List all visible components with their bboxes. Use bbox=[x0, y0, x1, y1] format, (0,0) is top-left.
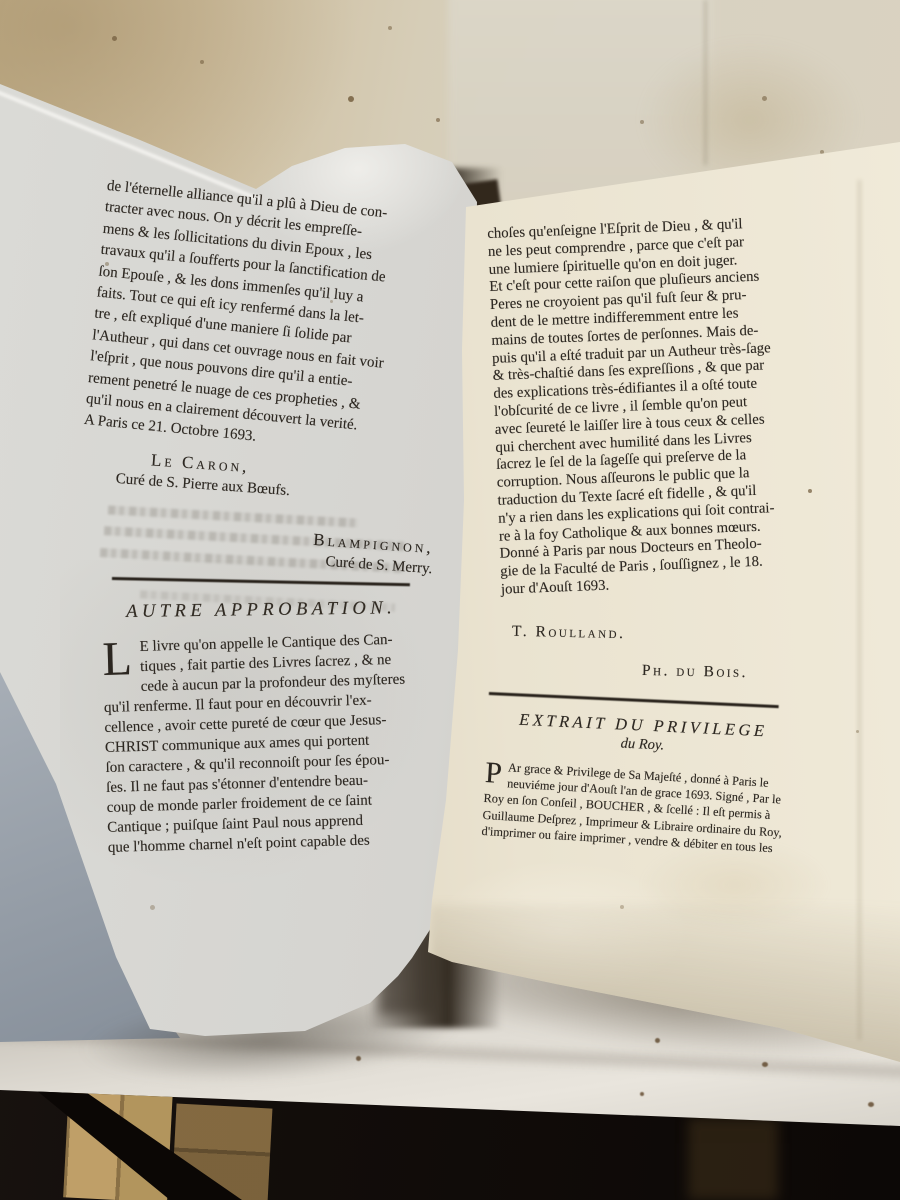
drop-cap: P bbox=[484, 759, 502, 787]
foxing-speck bbox=[388, 26, 392, 30]
section-heading: AUTRE APPROBATION. bbox=[126, 598, 436, 623]
drop-cap: L bbox=[102, 639, 132, 680]
foxing-speck bbox=[620, 905, 624, 909]
floor-reflection bbox=[688, 1118, 778, 1200]
foxing-speck bbox=[820, 150, 824, 154]
foxing-speck bbox=[856, 730, 859, 733]
approbation-continued-paragraph: choſes qu'enſeigne l'Eſprit de Dieu , & … bbox=[487, 212, 859, 599]
foxing-speck bbox=[640, 120, 644, 124]
foxing-speck bbox=[112, 36, 117, 41]
foxing-speck bbox=[348, 96, 354, 102]
approbation-paragraph-text: de l'éternelle alliance qu'il a plû à Di… bbox=[83, 178, 388, 445]
foxing-speck bbox=[436, 118, 440, 122]
foxing-speck bbox=[330, 300, 333, 303]
approbation-paragraph: de l'éternelle alliance qu'il a plû à Di… bbox=[83, 176, 478, 468]
dirt-speck bbox=[868, 1102, 874, 1107]
second-approbation-text: E livre qu'on appelle le Cantique des Ca… bbox=[104, 632, 406, 856]
photo-of-open-antique-book: de l'éternelle alliance qu'il a plû à Di… bbox=[0, 0, 900, 1200]
signature-name: T. Roulland. bbox=[512, 623, 626, 643]
foxing-speck bbox=[808, 489, 812, 493]
second-approbation-paragraph: L E livre qu'on appelle le Cantique des … bbox=[102, 628, 480, 858]
foxing-speck bbox=[150, 905, 155, 910]
approbation-continued-text: choſes qu'enſeigne l'Eſprit de Dieu , & … bbox=[487, 216, 775, 597]
foxing-speck bbox=[762, 96, 767, 101]
foxing-speck bbox=[200, 60, 204, 64]
signature-name: Ph. du Bois. bbox=[642, 662, 748, 682]
wall-corner-line bbox=[704, 0, 707, 165]
privilege-extract-paragraph: P Ar grace & Privilege de Sa Majeſté , d… bbox=[481, 758, 835, 860]
dirt-speck bbox=[640, 1092, 644, 1096]
floor-tile bbox=[417, 1126, 531, 1200]
privilege-extract-text: Ar grace & Privilege de Sa Majeſté , don… bbox=[481, 760, 782, 855]
foxing-speck bbox=[105, 262, 109, 266]
approbation-signatures: Le Caron, Curé de S. Pierre aux Bœufs. B… bbox=[110, 447, 449, 580]
section-rule bbox=[489, 692, 779, 708]
privilege-heading: EXTRAIT DU PRIVILEGE du Roy. bbox=[481, 708, 804, 761]
